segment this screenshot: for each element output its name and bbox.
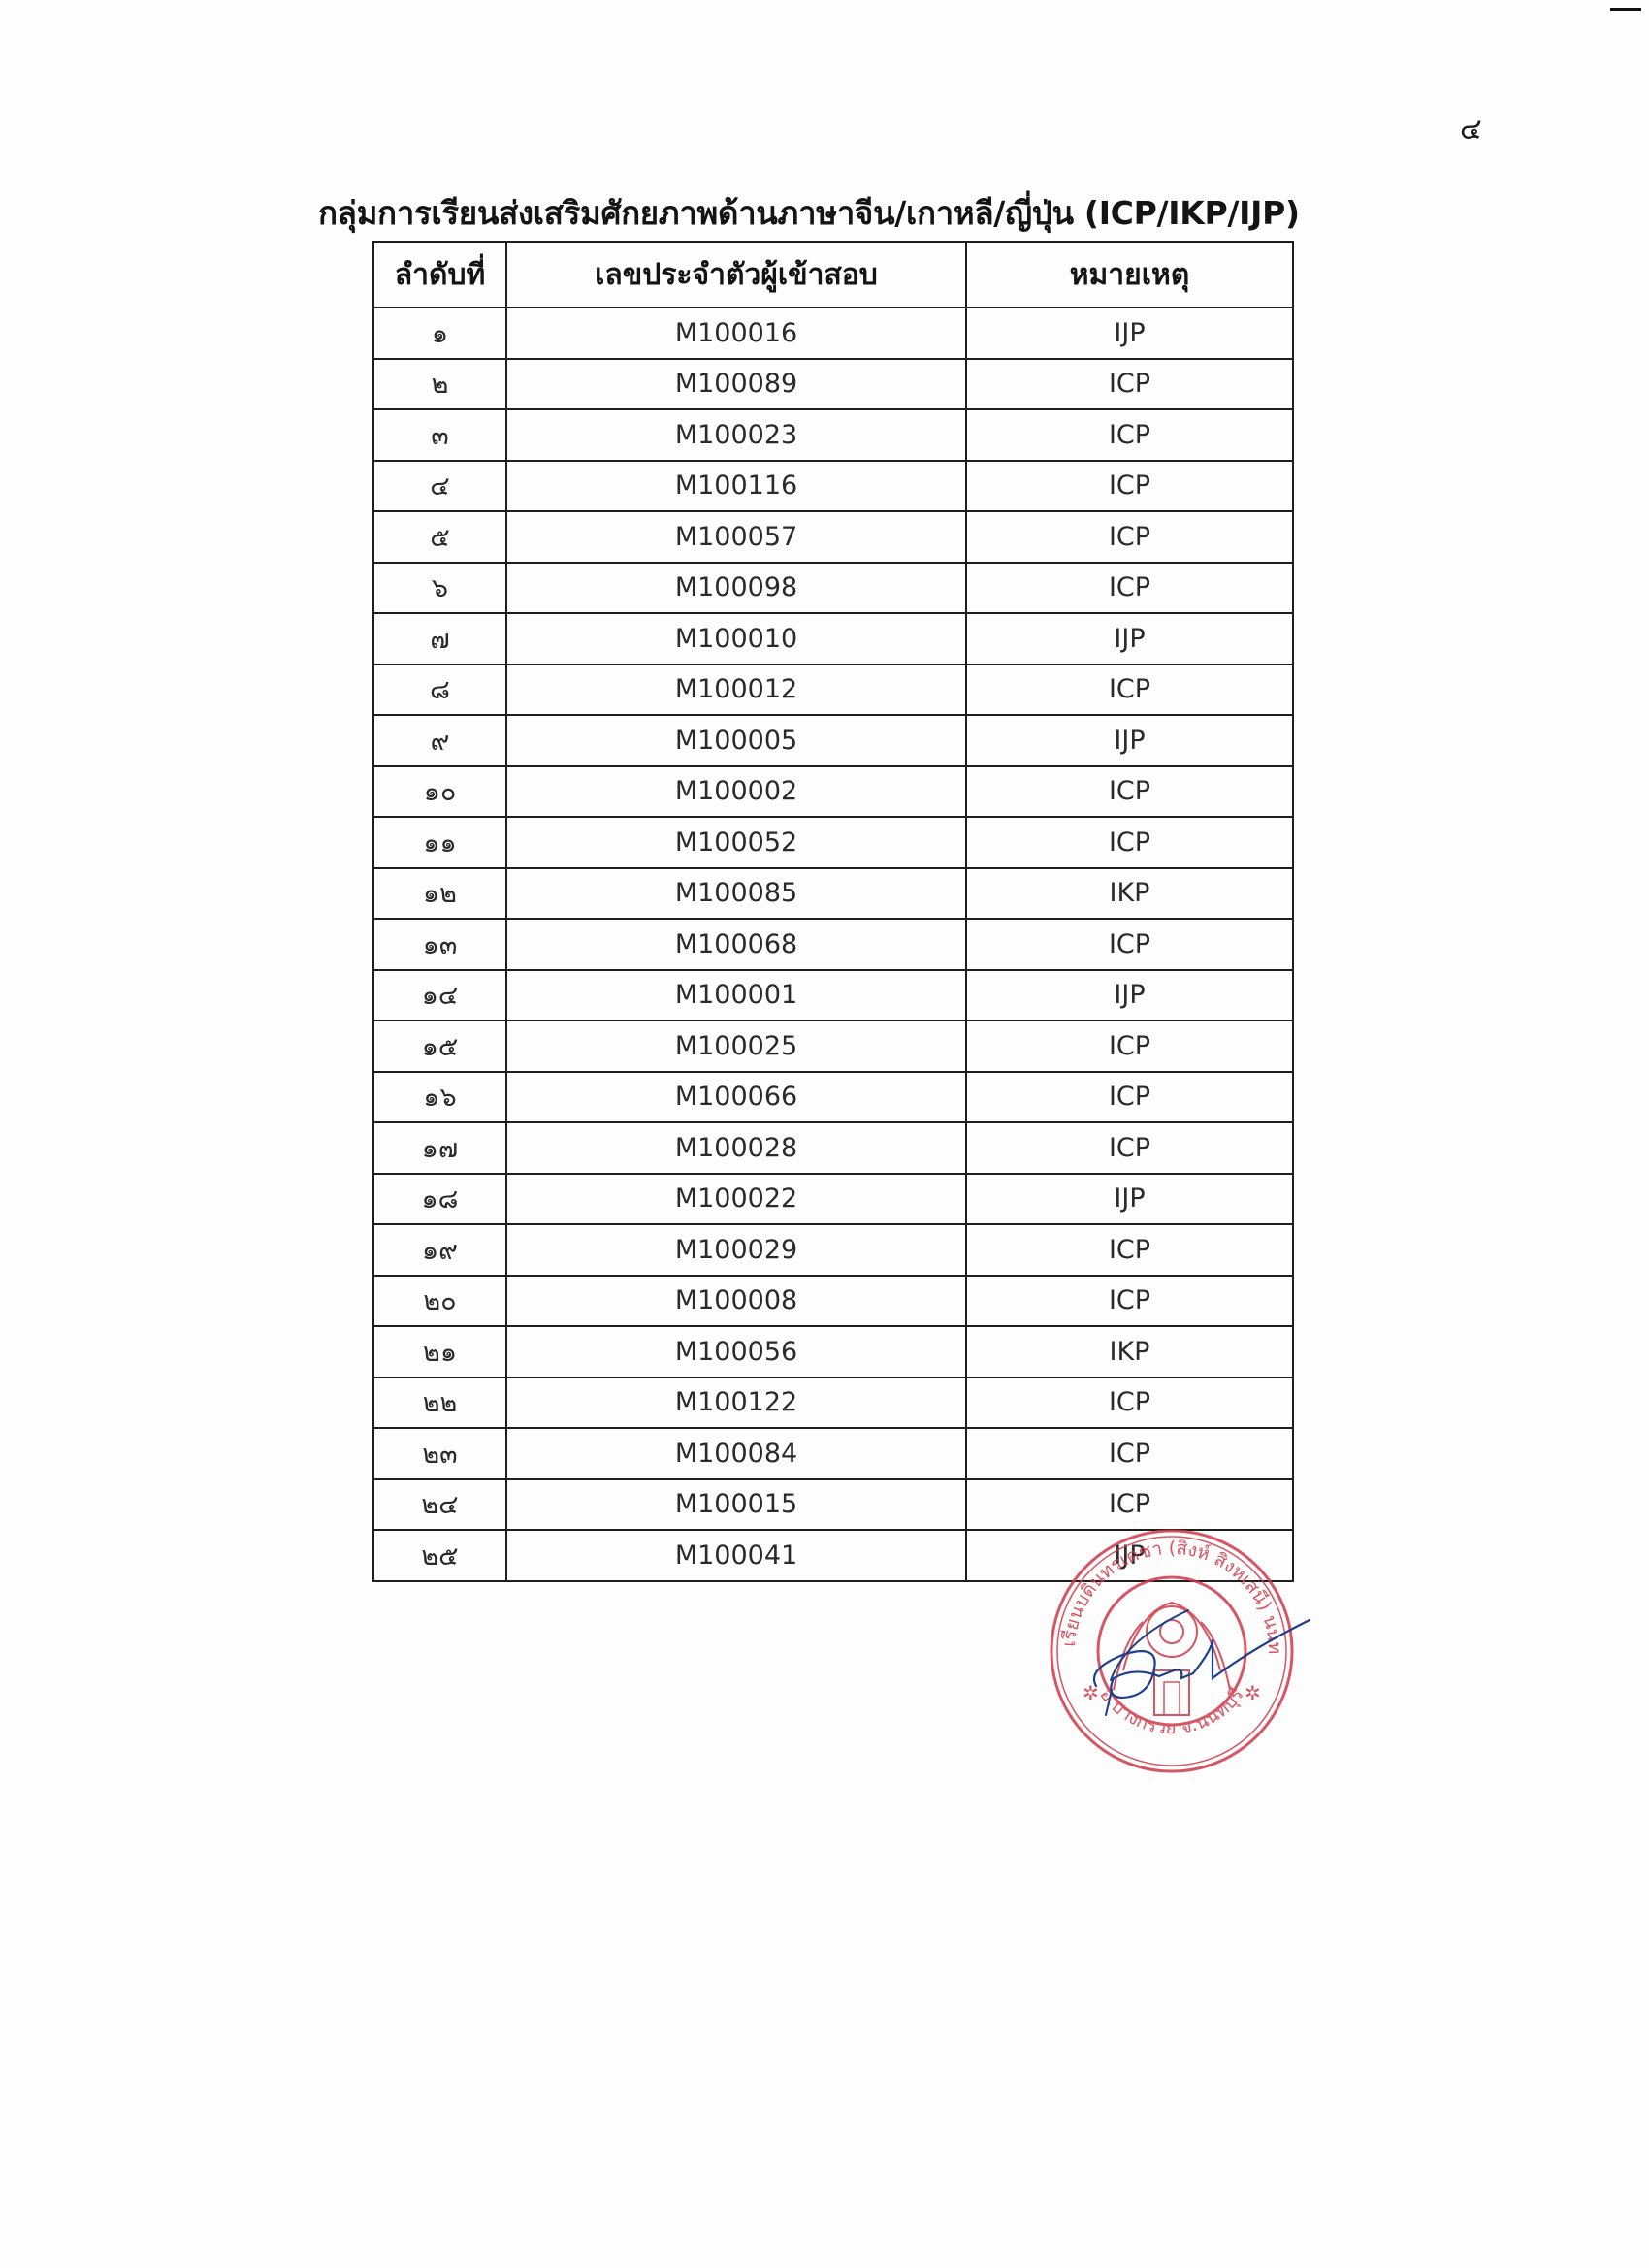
cell-sequence: ๗ [373,613,506,664]
cell-sequence: ๑๗ [373,1122,506,1174]
cell-sequence: ๒๐ [373,1276,506,1327]
cell-sequence: ๑๑ [373,817,506,868]
cell-candidate-id: M100098 [506,563,966,614]
cell-candidate-id: M100122 [506,1377,966,1429]
cell-candidate-id: M100016 [506,308,966,359]
cell-sequence: ๒๕ [373,1530,506,1581]
table-row: ๗M100010IJP [373,613,1293,664]
table-row: ๒๐M100008ICP [373,1276,1293,1327]
cell-remark: IJP [966,1174,1293,1225]
cell-sequence: ๑ [373,308,506,359]
cell-candidate-id: M100041 [506,1530,966,1581]
page-number: ๔ [1460,107,1482,152]
table-row: ๒M100089ICP [373,359,1293,410]
table-row: ๑๕M100025ICP [373,1021,1293,1072]
cell-remark: ICP [966,664,1293,716]
cell-sequence: ๘ [373,664,506,716]
cell-remark: IKP [966,1326,1293,1377]
cell-remark: IJP [966,308,1293,359]
table-row: ๓M100023ICP [373,409,1293,461]
cell-candidate-id: M100084 [506,1428,966,1479]
stamp-star-right-icon: ✲ [1245,1681,1261,1704]
table-row: ๒๓M100084ICP [373,1428,1293,1479]
cell-remark: ICP [966,1021,1293,1072]
table-row: ๑๓M100068ICP [373,919,1293,970]
table-row: ๑๑M100052ICP [373,817,1293,868]
cell-remark: ICP [966,766,1293,818]
cell-sequence: ๖ [373,563,506,614]
cell-sequence: ๑๔ [373,970,506,1021]
cell-candidate-id: M100068 [506,919,966,970]
table-row: ๘M100012ICP [373,664,1293,716]
cell-candidate-id: M100005 [506,715,966,766]
cell-remark: ICP [966,919,1293,970]
cell-candidate-id: M100012 [506,664,966,716]
cell-candidate-id: M100028 [506,1122,966,1174]
table-row: ๑๙M100029ICP [373,1224,1293,1276]
table-row: ๒๒M100122ICP [373,1377,1293,1429]
cell-remark: ICP [966,1276,1293,1327]
cell-remark: ICP [966,1479,1293,1531]
table-row: ๑๒M100085IKP [373,868,1293,920]
cell-remark: ICP [966,409,1293,461]
cell-sequence: ๑๐ [373,766,506,818]
cell-remark: IJP [966,970,1293,1021]
table-row: ๖M100098ICP [373,563,1293,614]
table-row: ๑๗M100028ICP [373,1122,1293,1174]
table-body: ๑M100016IJP๒M100089ICP๓M100023ICP๔M10011… [373,308,1293,1581]
cell-remark: ICP [966,359,1293,410]
table-row: ๑๔M100001IJP [373,970,1293,1021]
cell-remark: ICP [966,1377,1293,1429]
cell-remark: IJP [966,613,1293,664]
cell-sequence: ๕ [373,511,506,563]
cell-sequence: ๑๙ [373,1224,506,1276]
cell-remark: ICP [966,511,1293,563]
cell-sequence: ๒๓ [373,1428,506,1479]
table-row: ๕M100057ICP [373,511,1293,563]
cell-sequence: ๑๘ [373,1174,506,1225]
table-row: ๑๐M100002ICP [373,766,1293,818]
cell-candidate-id: M100023 [506,409,966,461]
table-row: ๒๔M100015ICP [373,1479,1293,1531]
cell-sequence: ๒๔ [373,1479,506,1531]
header-candidate-id: เลขประจำตัวผู้เข้าสอบ [506,242,966,308]
cell-candidate-id: M100015 [506,1479,966,1531]
cell-remark: IJP [966,1530,1293,1581]
scan-corner-mark [1610,8,1641,11]
cell-remark: ICP [966,1224,1293,1276]
cell-sequence: ๓ [373,409,506,461]
cell-candidate-id: M100066 [506,1072,966,1123]
document-title: กลุ่มการเรียนส่งเสริมศักยภาพด้านภาษาจีน/… [318,187,1300,239]
table-row: ๒๕M100041IJP [373,1530,1293,1581]
stamp-bottom-text: อ.บางกรวย จ.นนทบุรี [1095,1684,1247,1738]
cell-sequence: ๑๓ [373,919,506,970]
cell-remark: IJP [966,715,1293,766]
table-row: ๔M100116ICP [373,461,1293,512]
cell-sequence: ๒๑ [373,1326,506,1377]
cell-remark: ICP [966,563,1293,614]
cell-candidate-id: M100116 [506,461,966,512]
cell-candidate-id: M100022 [506,1174,966,1225]
header-sequence: ลำดับที่ [373,242,506,308]
exam-roster-table: ลำดับที่ เลขประจำตัวผู้เข้าสอบ หมายเหตุ … [372,241,1294,1582]
table-row: ๑๖M100066ICP [373,1072,1293,1123]
signature [1067,1601,1319,1717]
cell-remark: ICP [966,1072,1293,1123]
cell-candidate-id: M100089 [506,359,966,410]
header-remark: หมายเหตุ [966,242,1293,308]
cell-sequence: ๑๖ [373,1072,506,1123]
cell-sequence: ๒ [373,359,506,410]
stamp-star-left-icon: ✲ [1083,1681,1099,1704]
table-row: ๙M100005IJP [373,715,1293,766]
table-row: ๑๘M100022IJP [373,1174,1293,1225]
cell-candidate-id: M100001 [506,970,966,1021]
cell-candidate-id: M100029 [506,1224,966,1276]
cell-candidate-id: M100008 [506,1276,966,1327]
cell-sequence: ๑๒ [373,868,506,920]
cell-remark: ICP [966,461,1293,512]
table-row: ๑M100016IJP [373,308,1293,359]
cell-candidate-id: M100002 [506,766,966,818]
cell-sequence: ๔ [373,461,506,512]
cell-sequence: ๒๒ [373,1377,506,1429]
cell-candidate-id: M100057 [506,511,966,563]
cell-sequence: ๙ [373,715,506,766]
table-row: ๒๑M100056IKP [373,1326,1293,1377]
cell-candidate-id: M100010 [506,613,966,664]
cell-remark: IKP [966,868,1293,920]
cell-sequence: ๑๕ [373,1021,506,1072]
cell-remark: ICP [966,1428,1293,1479]
cell-candidate-id: M100052 [506,817,966,868]
cell-remark: ICP [966,817,1293,868]
cell-candidate-id: M100056 [506,1326,966,1377]
cell-candidate-id: M100025 [506,1021,966,1072]
cell-candidate-id: M100085 [506,868,966,920]
table-header-row: ลำดับที่ เลขประจำตัวผู้เข้าสอบ หมายเหตุ [373,242,1293,308]
cell-remark: ICP [966,1122,1293,1174]
